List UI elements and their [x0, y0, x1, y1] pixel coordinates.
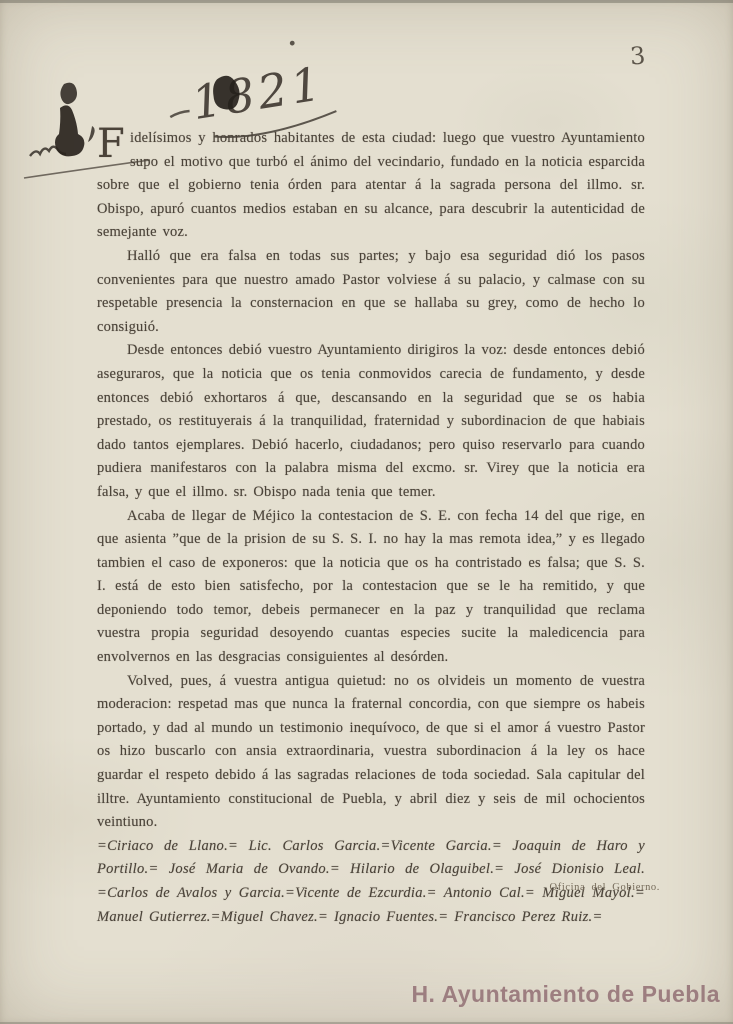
ink-dot: [289, 40, 294, 45]
paragraph-1: Fidelísimos y honrados habitantes de est…: [97, 127, 645, 245]
paragraph-2: Halló que era falsa en todas sus partes;…: [97, 245, 645, 339]
scan-edge-top: [0, 0, 733, 3]
paragraph-4: Acaba de llegar de Méjico la contestacio…: [97, 505, 645, 670]
archive-watermark: H. Ayuntamiento de Puebla: [411, 981, 720, 1008]
year-text: 1821: [188, 56, 328, 130]
paragraph-1-text: idelísimos y honrados habitantes de esta…: [97, 130, 645, 240]
proclamation-text: Fidelísimos y honrados habitantes de est…: [97, 127, 645, 929]
handwritten-page-number: 3: [629, 42, 646, 71]
ink-comma: [88, 126, 95, 142]
ink-blob-top: [60, 83, 77, 104]
ink-blob-main: [55, 105, 84, 156]
office-imprint: Oficina del Gobierno.: [0, 882, 660, 893]
paragraph-5: Volved, pues, á vuestra antigua quietud:…: [97, 670, 645, 835]
drop-cap: F: [97, 127, 130, 159]
document-page: 3 1821 Fidelísimos y honrados habitantes…: [0, 0, 733, 1024]
paragraph-3: Desde entonces debió vuestro Ayuntamient…: [97, 339, 645, 504]
pen-stroke: [170, 111, 190, 117]
